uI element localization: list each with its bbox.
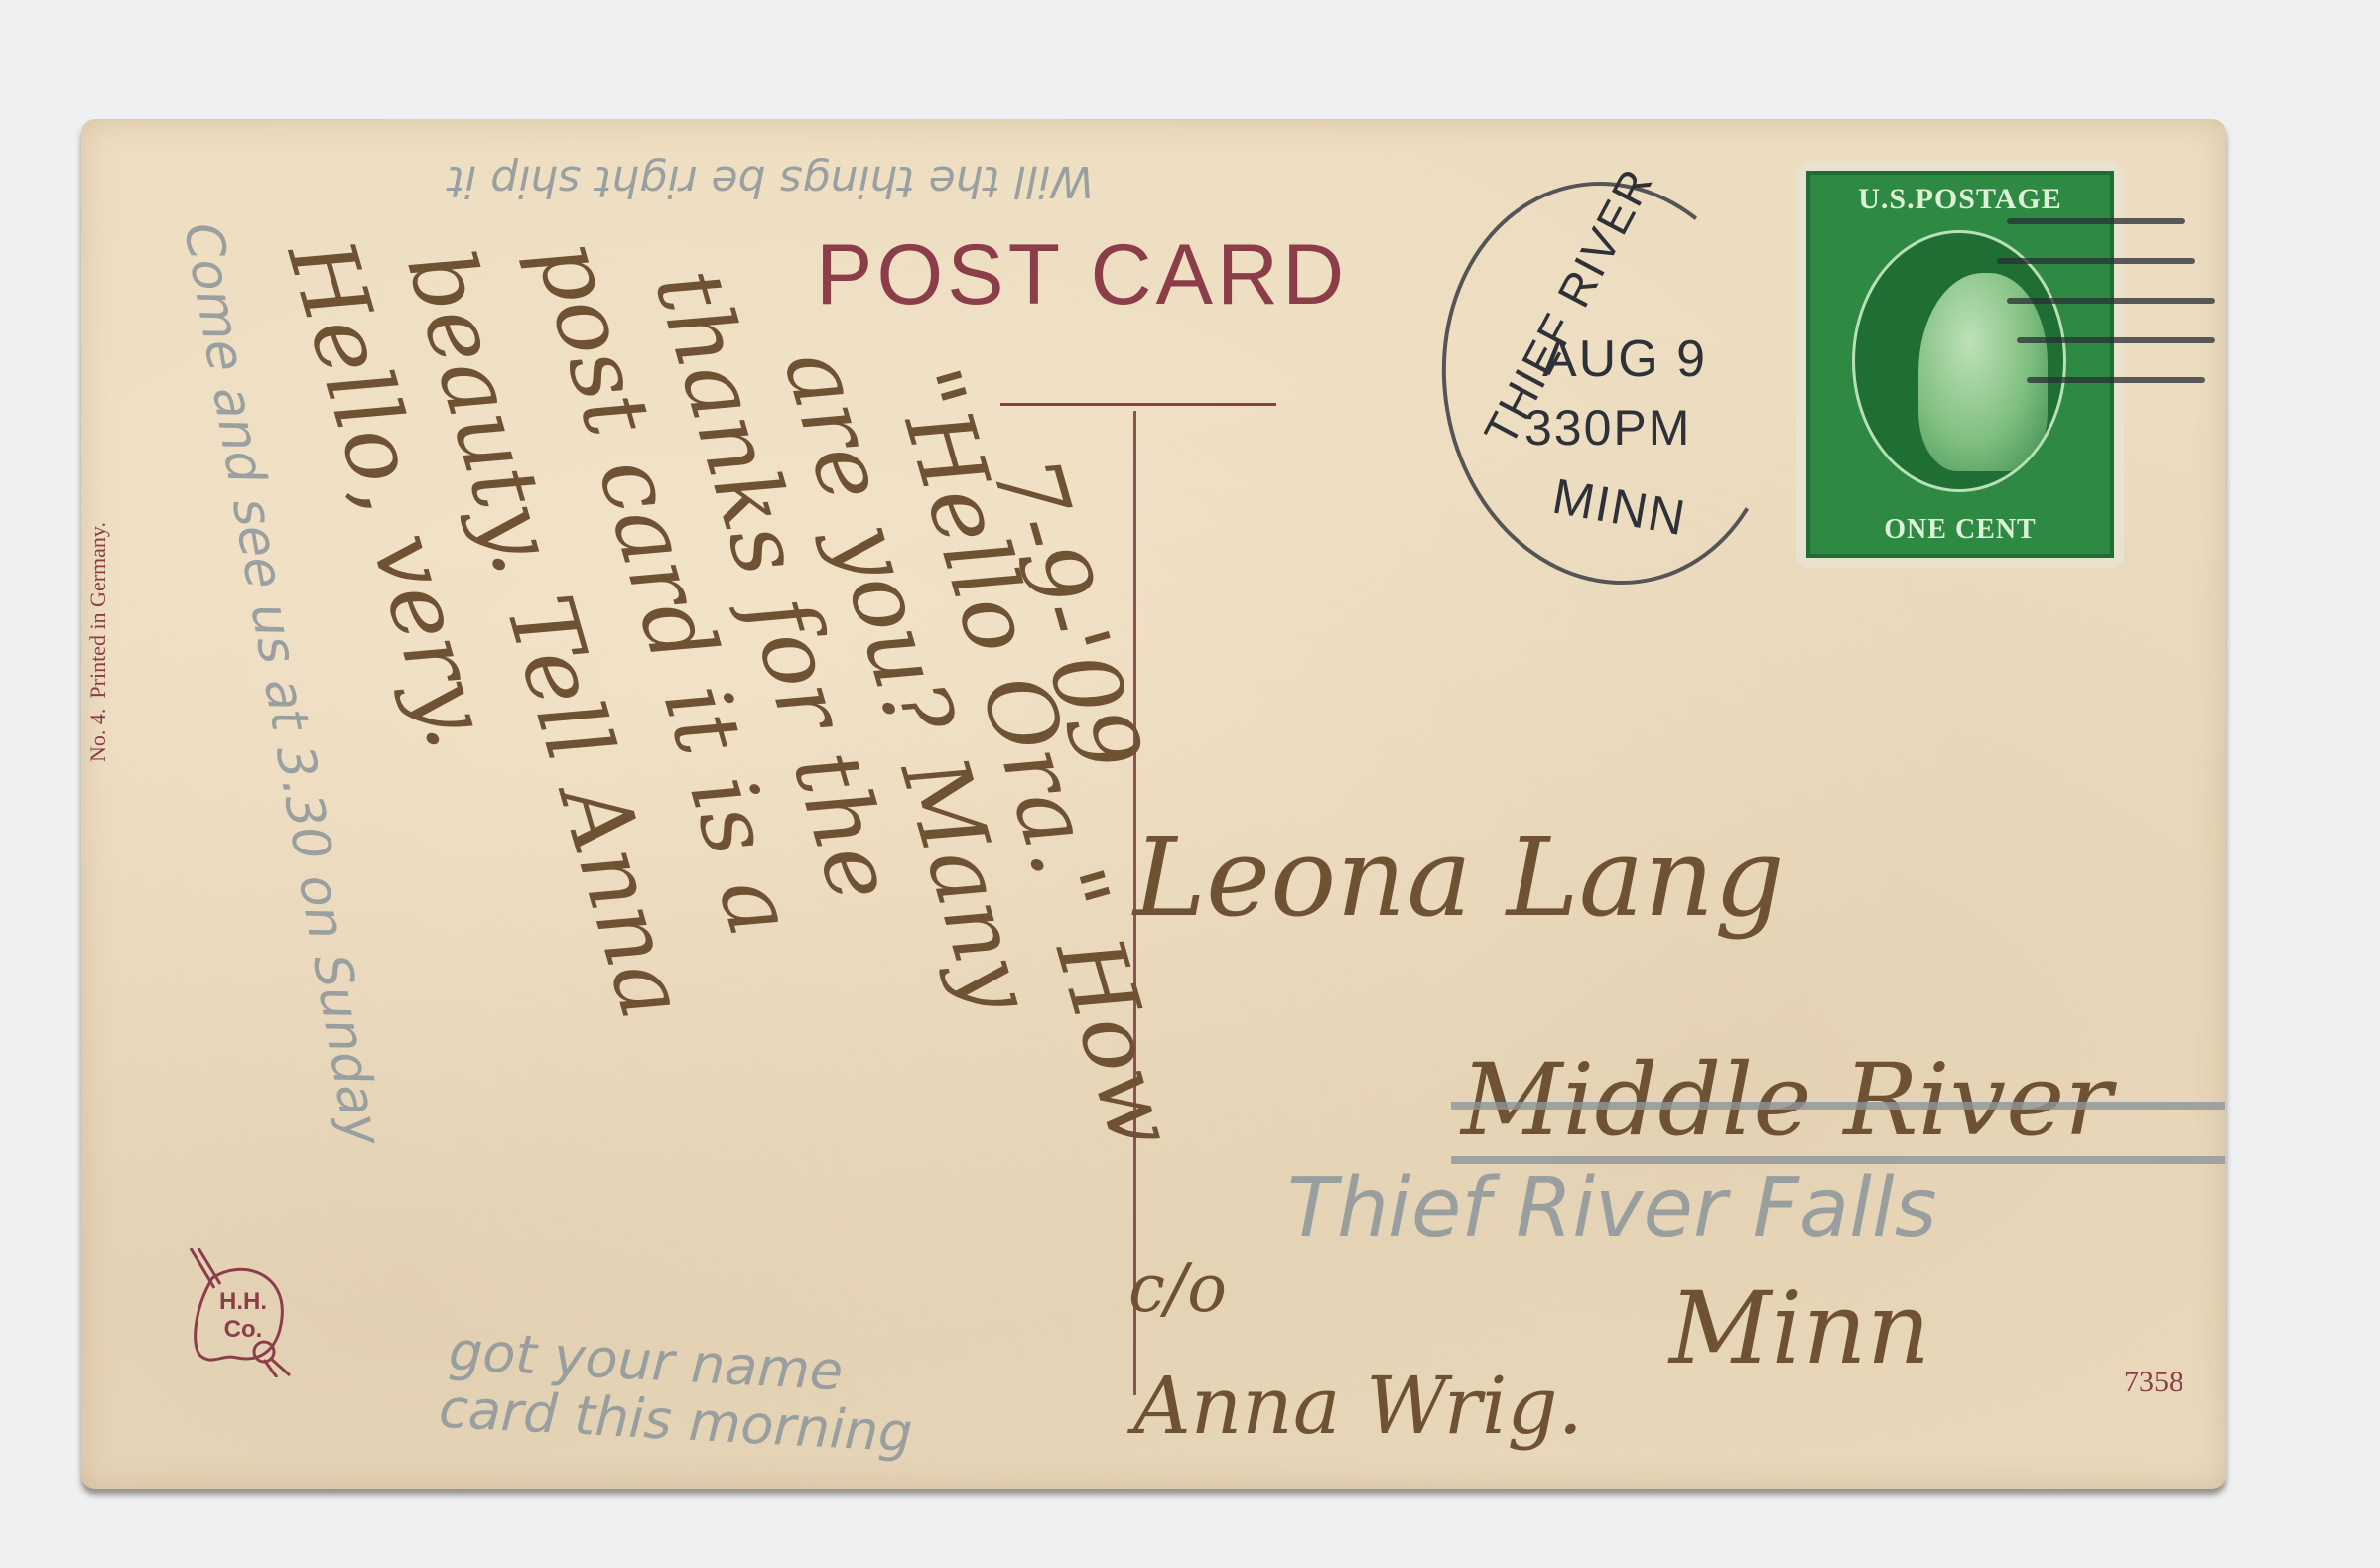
pencil-note-top: Will the things be right ship it xyxy=(448,156,1094,206)
postcard: POST CARD No. 4.Printed in Germany. 7358… xyxy=(81,119,2226,1489)
struck-out-town: Middle River xyxy=(1461,1042,2112,1158)
recipient-name: Leona Lang xyxy=(1133,814,1785,941)
post-card-title: POST CARD xyxy=(816,226,1348,325)
printer-imprint: No. 4.Printed in Germany. xyxy=(85,266,111,762)
imprint-number: No. 4. xyxy=(85,709,110,762)
imprint-text: Printed in Germany. xyxy=(85,522,110,699)
postmark-date: AUG 9 xyxy=(1542,329,1707,389)
strikethrough-line xyxy=(1451,1102,2225,1110)
recipient-state: Minn xyxy=(1669,1270,1930,1386)
cancellation-bars-icon xyxy=(1967,198,2225,457)
care-of-label: c/o xyxy=(1128,1250,1227,1327)
catalog-number: 7358 xyxy=(2124,1366,2183,1399)
postmark: THIEF RIVER AUG 9 330PM MINN xyxy=(1443,181,1800,597)
care-of-name: Anna Wrig. xyxy=(1133,1360,1583,1452)
stamp-bottom-text: ONE CENT xyxy=(1810,514,2110,546)
forwarding-town: Thief River Falls xyxy=(1287,1161,1936,1255)
pencil-note-bottom-line2: card this morning xyxy=(438,1377,914,1465)
publisher-palette-logo-icon: H.H. Co. xyxy=(183,1248,302,1377)
postmark-time: 330PM xyxy=(1524,399,1691,457)
address-divider-horizontal xyxy=(1000,403,1276,406)
publisher-logo-text: H.H. Co. xyxy=(218,1288,268,1344)
